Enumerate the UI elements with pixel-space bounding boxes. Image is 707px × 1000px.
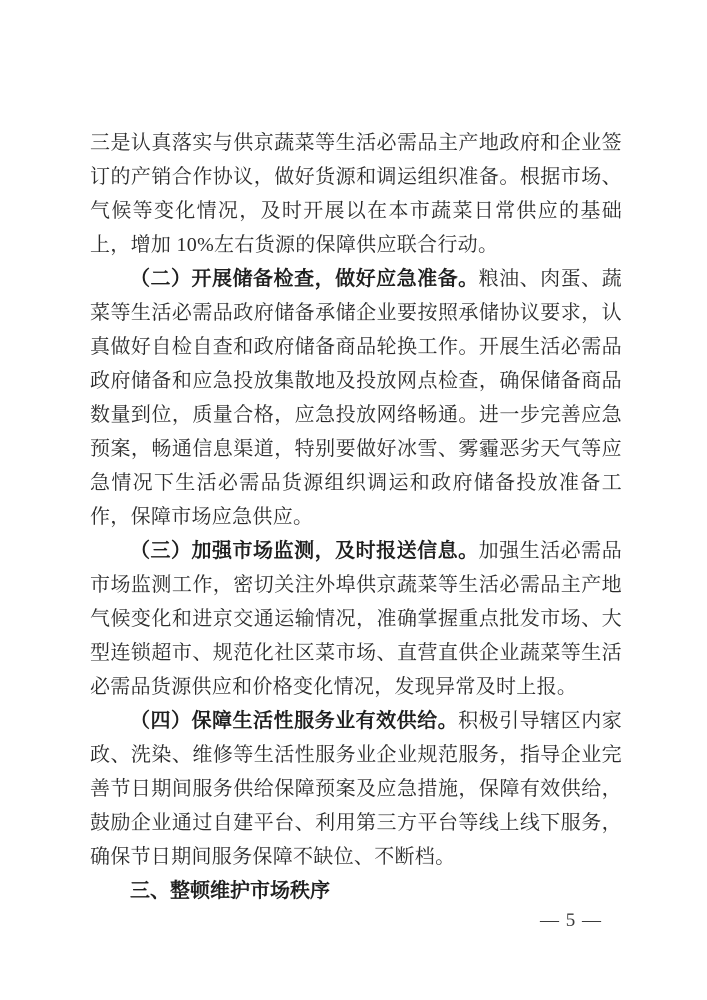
paragraph-section-3: （三）加强市场监测，及时报送信息。加强生活必需品市场监测工作，密切关注外埠供京蔬… [90, 534, 622, 704]
paragraph-bold-lead: （四）保障生活性服务业有效供给。 [130, 710, 458, 732]
section-heading: 三、整顿维护市场秩序 [90, 874, 622, 908]
paragraph-text: 积极引导辖区内家政、洗染、维修等生活性服务业企业规范服务，指导企业完善节日期间服… [90, 710, 622, 868]
paragraph-section-2: （二）开展储备检查，做好应急准备。粮油、肉蛋、蔬菜等生活必需品政府储备承储企业要… [90, 262, 622, 534]
paragraph-text: 加强生活必需品市场监测工作，密切关注外埠供京蔬菜等生活必需品主产地气候变化和进京… [90, 540, 622, 698]
document-body: 三是认真落实与供京蔬菜等生活必需品主产地政府和企业签订的产销合作协议，做好货源和… [90, 126, 622, 908]
paragraph-text: 粮油、肉蛋、蔬菜等生活必需品政府储备承储企业要按照承储协议要求，认真做好自检自查… [90, 268, 622, 528]
paragraph-bold-lead: （二）开展储备检查，做好应急准备。 [130, 268, 479, 290]
paragraph-section-4: （四）保障生活性服务业有效供给。积极引导辖区内家政、洗染、维修等生活性服务业企业… [90, 704, 622, 874]
page-number: — 5 — [540, 908, 602, 934]
paragraph-text: 三是认真落实与供京蔬菜等生活必需品主产地政府和企业签订的产销合作协议，做好货源和… [90, 132, 622, 256]
paragraph-bold-lead: （三）加强市场监测，及时报送信息。 [130, 540, 479, 562]
scanned-document-page: 三是认真落实与供京蔬菜等生活必需品主产地政府和企业签订的产销合作协议，做好货源和… [0, 0, 707, 1000]
paragraph-continuation: 三是认真落实与供京蔬菜等生活必需品主产地政府和企业签订的产销合作协议，做好货源和… [90, 126, 622, 262]
